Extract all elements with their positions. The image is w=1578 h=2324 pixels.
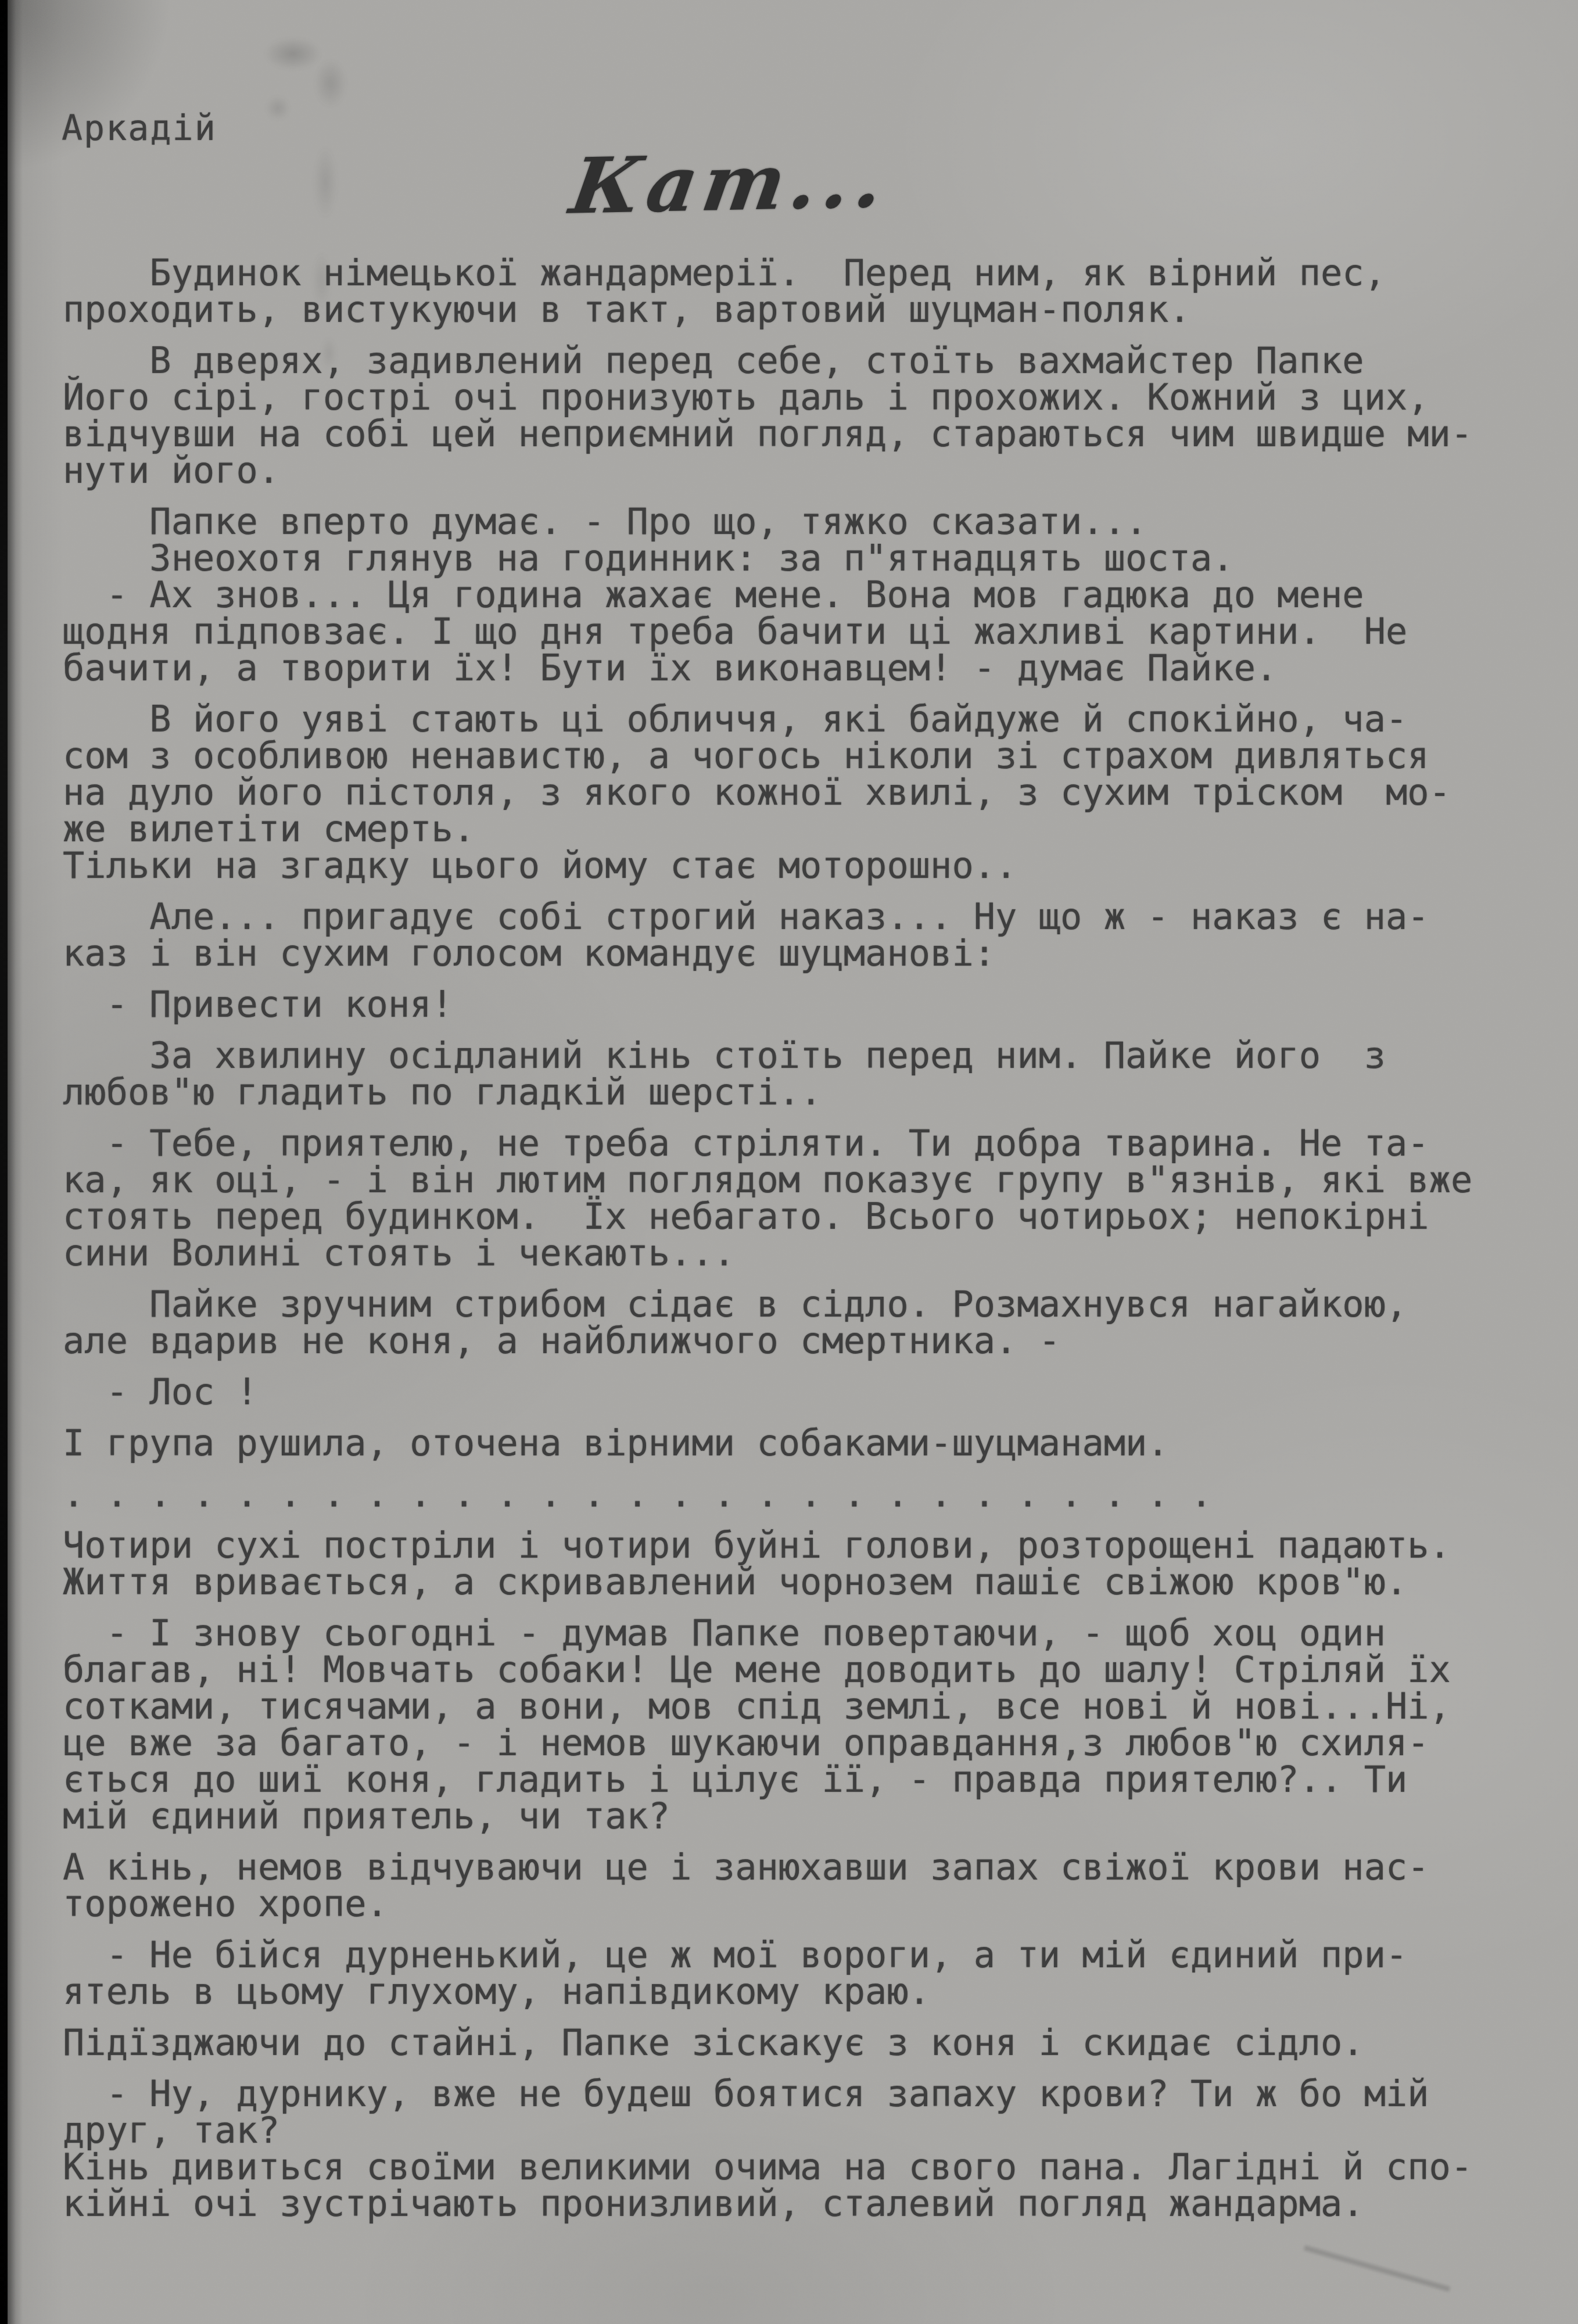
page-content: Аркадій Кат... Будинок німецької жандарм… (0, 0, 1578, 2324)
paragraph: Але... пригадує собі строгий наказ... Ну… (63, 898, 1544, 971)
paragraph: Пайке зручним стрибом сідає в сідло. Роз… (63, 1286, 1544, 1359)
paragraph: Чотири сухі постріли і чотири буйні голо… (63, 1527, 1544, 1600)
paragraph: В його уяві стають ці обличчя, які байду… (63, 701, 1544, 884)
paragraph: - Ну, дурнику, вже не будеш боятися запа… (63, 2075, 1544, 2222)
paragraph: І група рушила, оточена вірними собаками… (63, 1425, 1544, 1461)
paragraph: - Тебе, приятелю, не треба стріляти. Ти … (63, 1125, 1544, 1271)
author-name: Аркадій (62, 108, 217, 149)
paragraph: В дверях, задивлений перед себе, стоїть … (63, 342, 1544, 489)
paragraph: А кінь, немов відчуваючи це і занюхавши … (63, 1849, 1544, 1922)
paragraph: - Лос ! (63, 1373, 1544, 1410)
paragraph: Підїзджаючи до стайні, Папке зіскакує з … (63, 2024, 1544, 2061)
scanned-typewritten-page: Аркадій Кат... Будинок німецької жандарм… (0, 0, 1578, 2324)
separator-dots: . . . . . . . . . . . . . . . . . . . . … (63, 1476, 1544, 1512)
document-title: Кат... (565, 135, 895, 231)
paragraph: Будинок німецької жандармерії. Перед ним… (63, 254, 1544, 328)
paragraph: - І знову сьогодні - думав Папке поверта… (63, 1615, 1544, 1834)
paragraph: За хвилину осідланий кінь стоїть перед н… (63, 1037, 1544, 1110)
paragraph: - Не бійся дурненький, це ж мої вороги, … (63, 1936, 1544, 2010)
paragraph: Папке вперто думає. - Про що, тяжко сказ… (63, 503, 1544, 686)
document-body: Будинок німецької жандармерії. Перед ним… (63, 254, 1544, 2236)
paragraph: - Привести коня! (63, 986, 1544, 1023)
